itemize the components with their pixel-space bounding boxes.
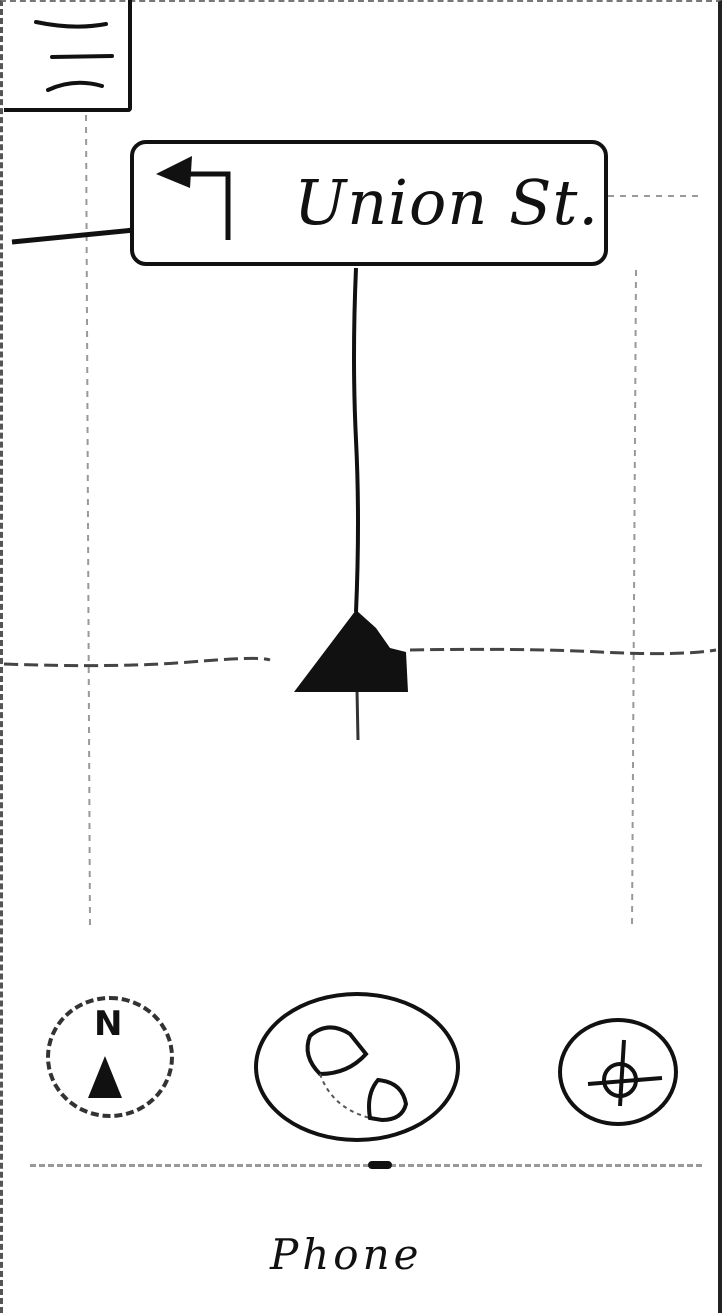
phone-button[interactable] [254,992,460,1142]
home-indicator [368,1161,392,1169]
phone-icon [258,996,464,1146]
crosshair-location-icon [562,1022,682,1130]
turn-direction-banner[interactable]: Union St. [130,140,608,266]
recenter-location-button[interactable] [558,1018,678,1126]
hamburger-menu-icon [4,0,132,112]
compass-north-label: N [94,1004,122,1044]
hamburger-menu-button[interactable] [4,0,132,112]
navigation-arrow-icon [290,608,410,698]
bottom-divider [30,1164,702,1167]
street-name: Union St. [294,158,599,248]
compass-button[interactable]: N [46,996,174,1118]
device-label: Phone [270,1230,423,1279]
turn-left-arrow-icon [152,152,242,252]
compass-icon [88,1056,122,1098]
